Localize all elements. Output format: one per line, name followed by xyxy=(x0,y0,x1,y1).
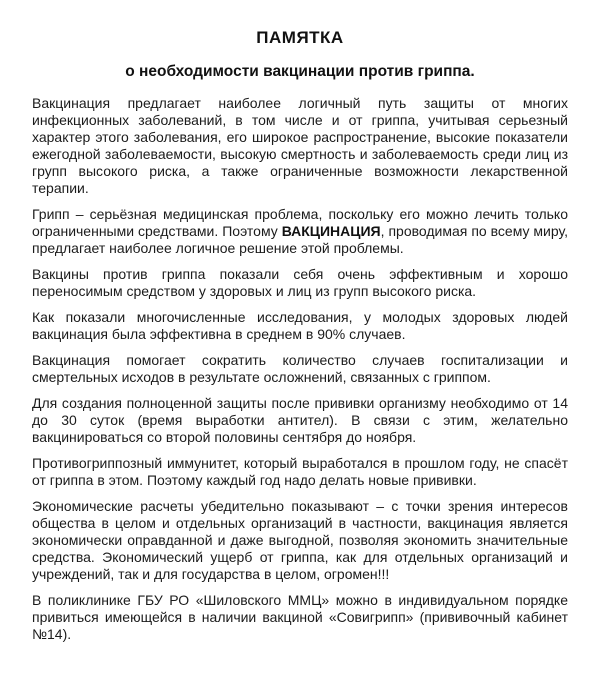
document-subtitle: о необходимости вакцинации против гриппа… xyxy=(32,63,568,81)
paragraph-hospitalization-reduction: Вакцинация помогает сократить количество… xyxy=(32,352,568,386)
paragraph-economic-benefits: Экономические расчеты убедительно показы… xyxy=(32,498,568,583)
paragraph-vaccine-effectiveness: Вакцины против гриппа показали себя очен… xyxy=(32,266,568,300)
paragraph-vaccination-protection: Вакцинация предлагает наиболее логичный … xyxy=(32,95,568,197)
paragraph-flu-medical-problem: Грипп – серьёзная медицинская проблема, … xyxy=(32,206,568,257)
vaccination-bold-emphasis: ВАКЦИНАЦИЯ xyxy=(282,223,381,239)
paragraph-annual-revaccination: Противогриппозный иммунитет, который выр… xyxy=(32,455,568,489)
paragraph-clinic-info: В поликлинике ГБУ РО «Шиловского ММЦ» мо… xyxy=(32,592,568,643)
paragraph-antibody-timing: Для создания полноценной защиты после пр… xyxy=(32,395,568,446)
paragraph-research-90-percent: Как показали многочисленные исследования… xyxy=(32,309,568,343)
memo-document-page: ПАМЯТКА о необходимости вакцинации проти… xyxy=(0,0,600,678)
document-title: ПАМЯТКА xyxy=(32,28,568,48)
